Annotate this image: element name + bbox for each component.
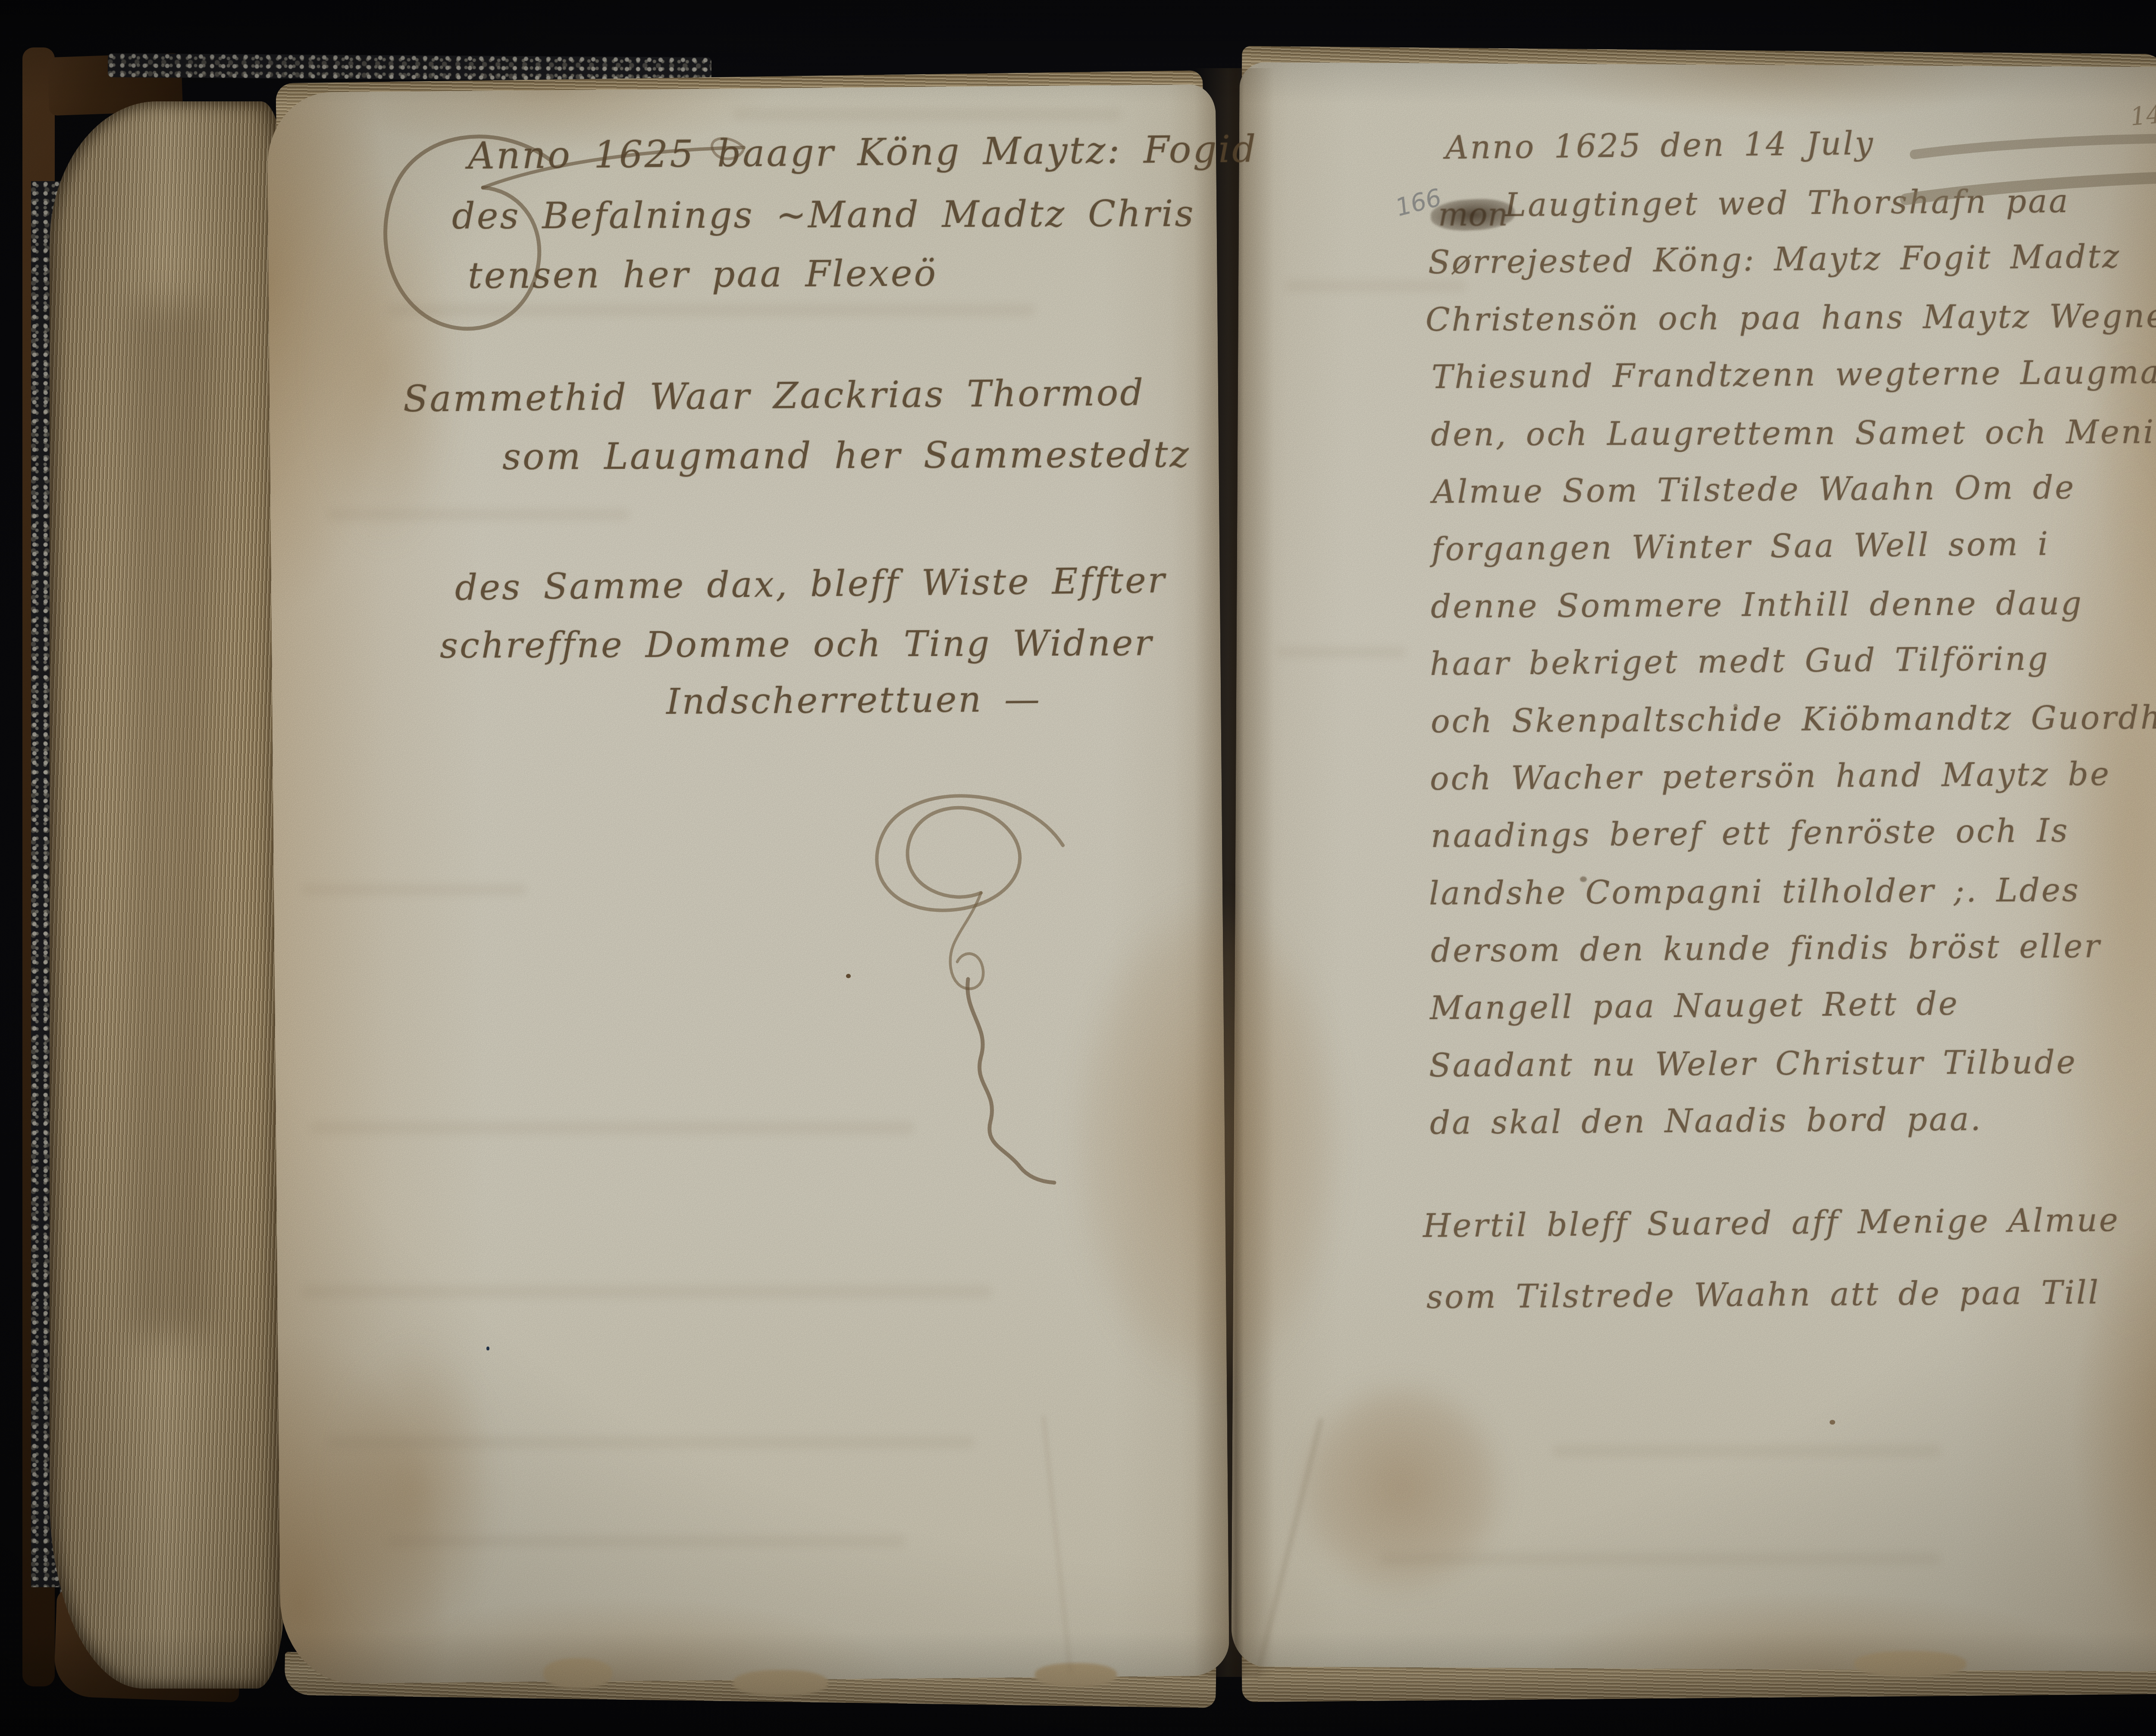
right-manuscript-line-9: denne Sommere Inthill denne daug <box>1431 585 2083 625</box>
right-manuscript-line-10: haar bekriget medt Gud Tilföring <box>1430 640 2050 683</box>
right-manuscript-line-19: Hertil bleff Suared aff Menige Almue <box>1423 1202 2120 1245</box>
right-manuscript-line-13: naadings beref ett fenröste och Is <box>1431 812 2069 855</box>
right-manuscript-line-17: Saadant nu Weler Christur Tilbude <box>1429 1044 2077 1084</box>
archival-manuscript-photograph: Anno 1625 baagr Köng Maytz: Fogiddes Bef… <box>0 0 2156 1736</box>
right-manuscript-line-8: forgangen Winter Saa Well som i <box>1432 525 2050 568</box>
right-manuscript-line-5: Thiesund Frandtzenn wegterne Laugman <box>1432 354 2156 396</box>
right-manuscript-line-11: och Skenpaltschide Kiöbmandtz Guordh <box>1431 699 2156 740</box>
right-manuscript-line-4: Christensön och paa hans Maytz Wegne <box>1426 298 2156 339</box>
right-manuscript-line-18: da skal den Naadis bord paa. <box>1430 1101 1983 1142</box>
right-manuscript-line-7: Almue Som Tilstede Waahn Om de <box>1432 469 2076 511</box>
page-number: 145 <box>2129 98 2156 131</box>
right-manuscript-line-14: landshe Compagni tilholder ;. Ldes <box>1429 872 2081 912</box>
right-manuscript-line-16: Mangell paa Nauget Rett de <box>1430 985 1959 1027</box>
strikethrough-scribbles <box>1897 121 2156 220</box>
right-manuscript-line-1: Anno 1625 den 14 July <box>1445 125 1875 166</box>
right-manuscript-line-12: och Wacher petersön hand Maytz be <box>1430 756 2111 797</box>
right-manuscript-line-15: dersom den kunde findis bröst eller <box>1431 928 2102 970</box>
right-page-text: Anno 1625 den 14 JulyLaugtinget wed Thor… <box>0 0 2156 1736</box>
right-manuscript-line-3: Sørrejested Köng: Maytz Fogit Madtz <box>1428 238 2121 281</box>
right-manuscript-line-20: som Tilstrede Waahn att de paa Till <box>1426 1274 2100 1316</box>
right-manuscript-line-6: den, och Laugrettemn Samet och Menige <box>1431 414 2156 453</box>
